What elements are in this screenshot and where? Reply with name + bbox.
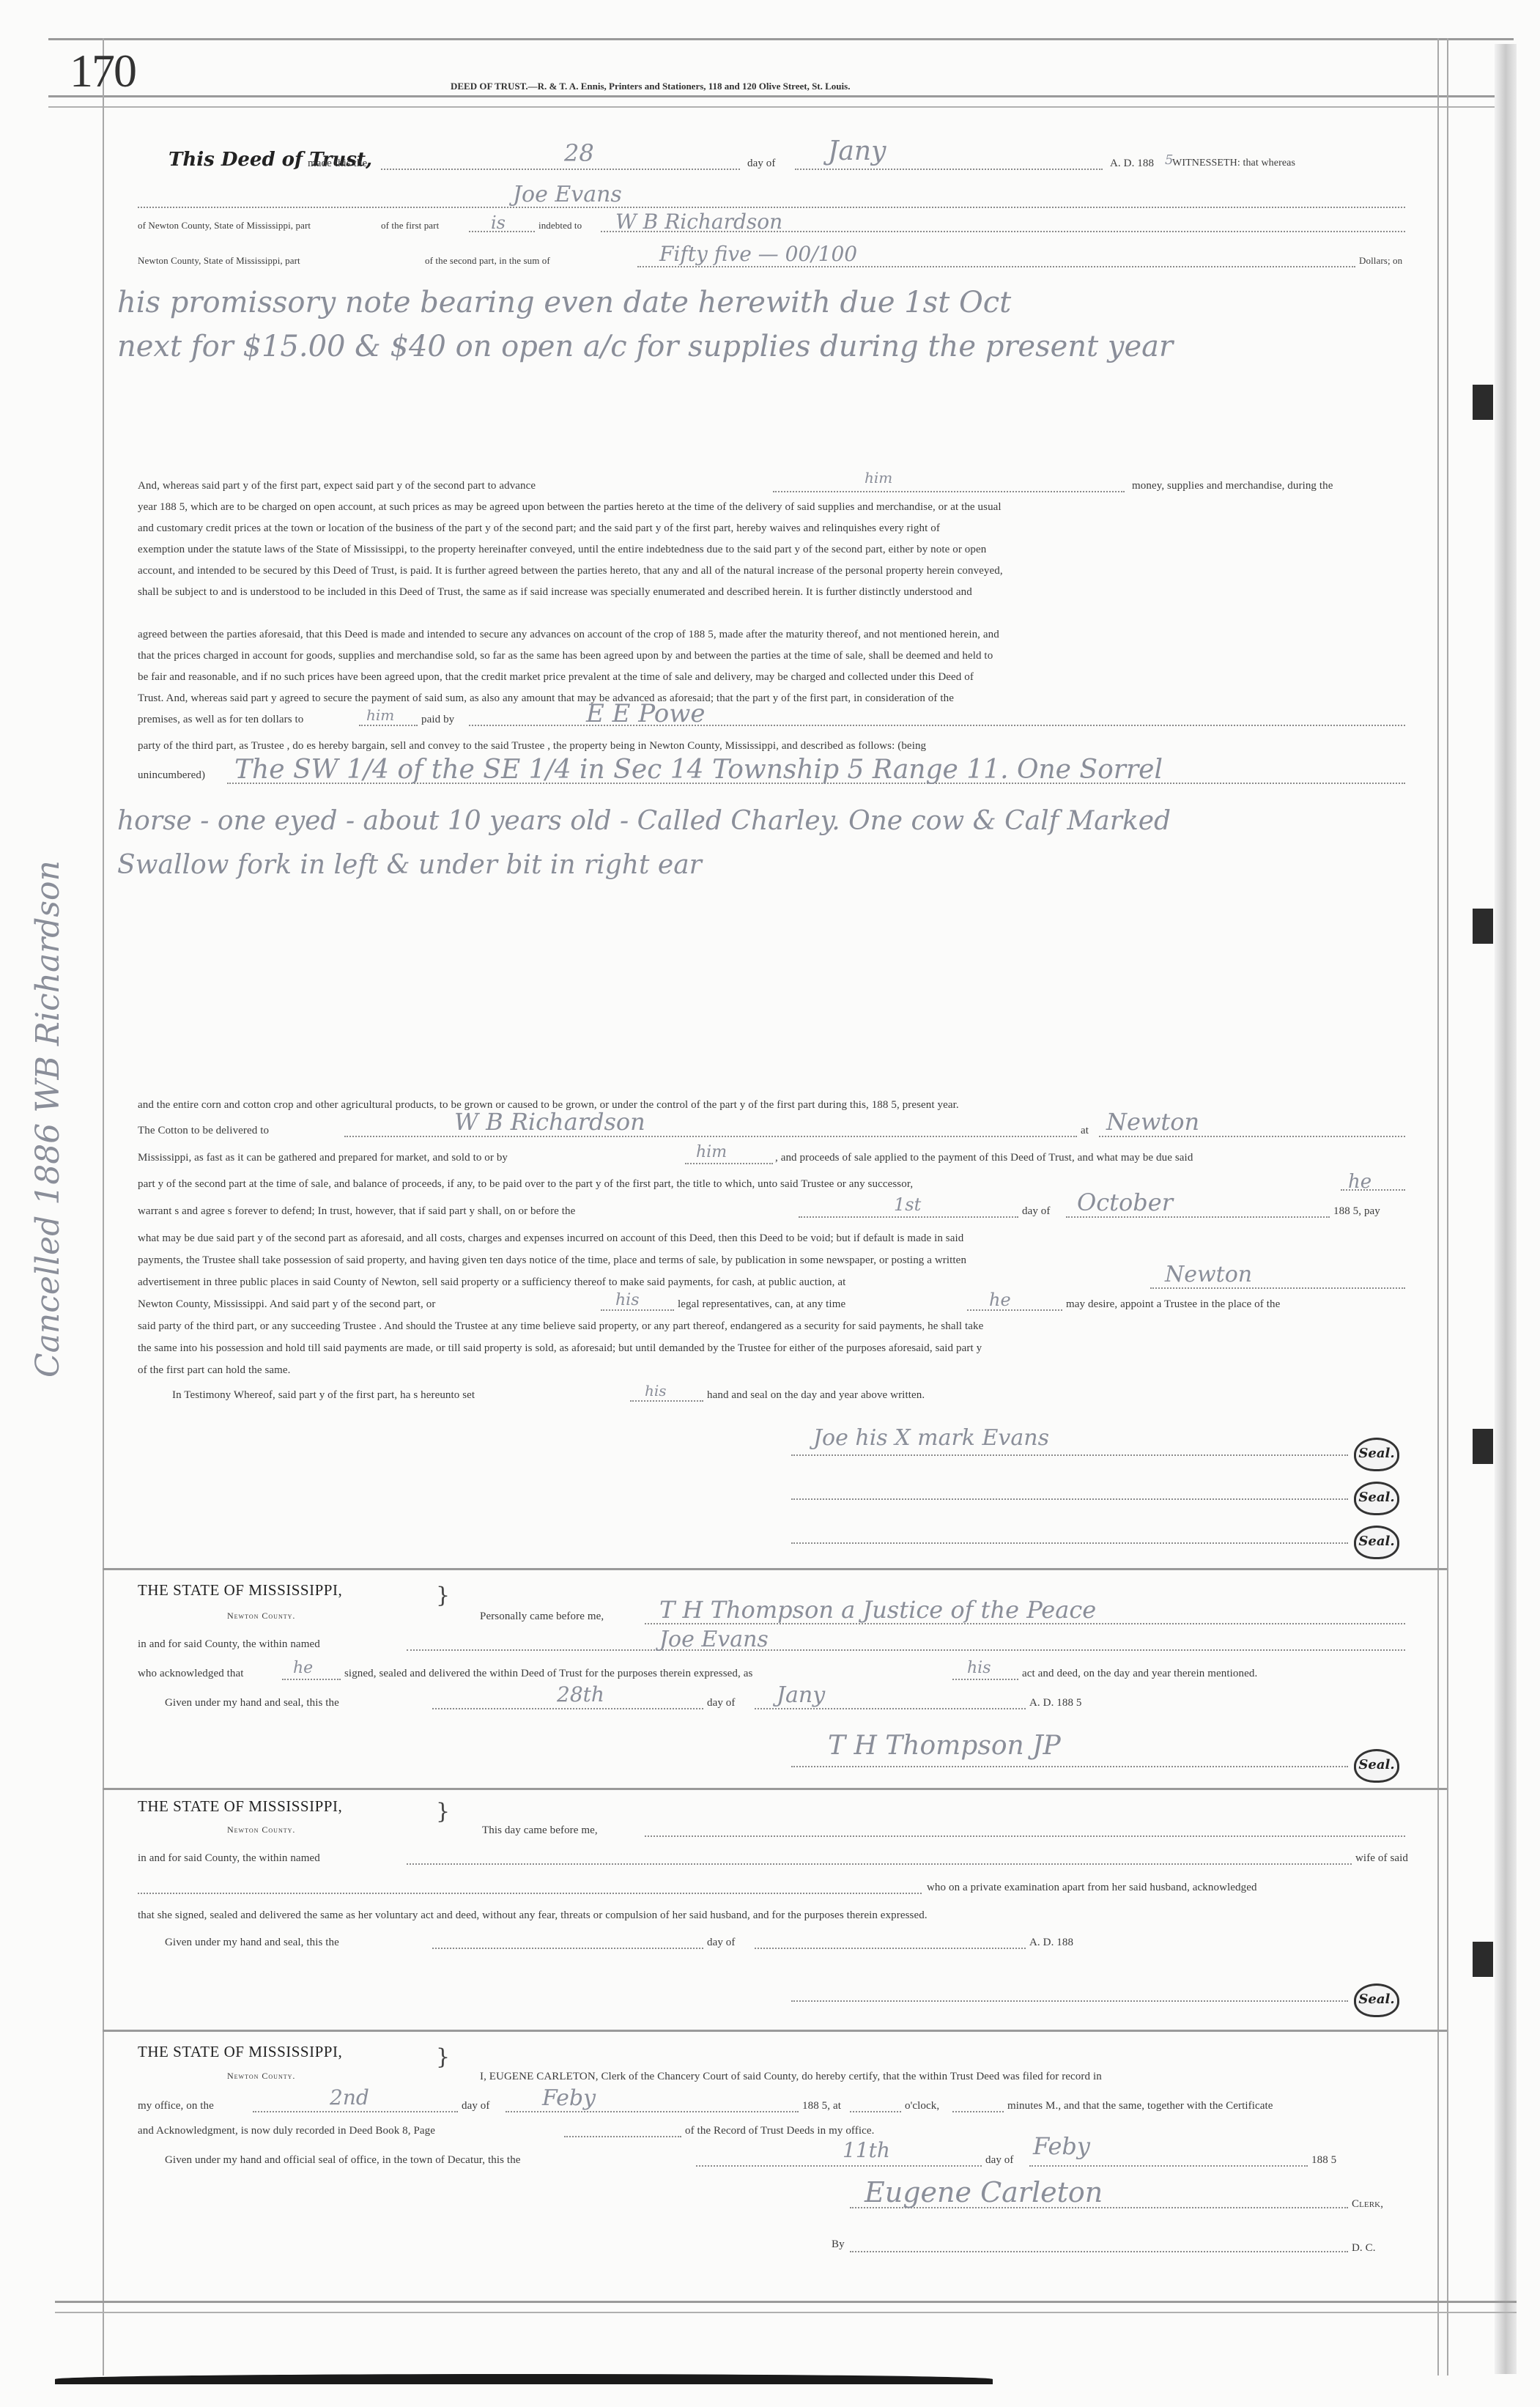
due-month-value: October xyxy=(1077,1188,1173,1216)
top-border-line xyxy=(48,38,1514,40)
day-blank xyxy=(381,169,740,170)
advance-line-3: exemption under the statute laws of the … xyxy=(138,544,986,556)
filed-month-value: Feby xyxy=(542,2085,596,2111)
ack-given-month-blank xyxy=(755,1708,1026,1709)
representatives-value: his xyxy=(615,1291,640,1309)
dollars-on-label: Dollars; on xyxy=(1359,255,1402,267)
month-value: Jany xyxy=(828,136,886,166)
wife-given-month-blank xyxy=(755,1948,1026,1949)
binder-tab-2 xyxy=(1473,909,1493,944)
auction-place-blank xyxy=(1150,1287,1405,1289)
filed-day-of: day of xyxy=(462,2100,490,2112)
wife-given-label: Given under my hand and seal, this the xyxy=(165,1937,339,1949)
wife-given-day-of: day of xyxy=(707,1937,736,1949)
crop-line-8: advertisement in three public places in … xyxy=(138,1276,845,1289)
filed-day-blank xyxy=(253,2111,458,2112)
page-blank xyxy=(564,2136,681,2137)
named-blank xyxy=(407,1649,1405,1651)
advance-line-0b: money, supplies and merchandise, during … xyxy=(1132,480,1333,492)
debt-description-line-2: next for $15.00 & $40 on open a/c for su… xyxy=(117,330,1173,363)
crop-line-3: , and proceeds of sale applied to the pa… xyxy=(775,1152,1193,1164)
clerk-given-day-value: 11th xyxy=(843,2138,890,2162)
clerk-county: Newton County. xyxy=(227,2071,295,2082)
clerk-given-day-of: day of xyxy=(985,2154,1014,2167)
seal-icon-5: Seal. xyxy=(1354,1983,1399,2017)
trustee-name: E E Powe xyxy=(586,699,705,728)
witnesseth-label: WITNESSETH: that whereas xyxy=(1172,158,1295,169)
named-value: Joe Evans xyxy=(659,1627,769,1652)
justice-signature-line xyxy=(791,1766,1348,1767)
delivered-at-blank xyxy=(1099,1136,1405,1137)
property-line-2: horse - one eyed - about 10 years old - … xyxy=(117,806,1171,836)
oclock-blank xyxy=(850,2111,901,2112)
crop-line-11: may desire, appoint a Trustee in the pla… xyxy=(1066,1298,1280,1311)
who-ack-b: signed, sealed and delivered the within … xyxy=(344,1668,752,1680)
binding-shadow xyxy=(1495,44,1517,2374)
page-number: 170 xyxy=(70,44,136,98)
delivered-to-value: W B Richardson xyxy=(454,1108,645,1136)
debt-description-line-1: his promissory note bearing even date he… xyxy=(117,286,1011,319)
paid-by-label: paid by xyxy=(421,714,454,726)
ack-given-day-of: day of xyxy=(707,1697,736,1709)
is-value: is xyxy=(491,212,506,233)
seal-icon-3: Seal. xyxy=(1354,1526,1399,1559)
county-line-1-b: of the first part xyxy=(381,220,439,232)
any-time-blank xyxy=(967,1309,1062,1311)
ack-given-month-value: Jany xyxy=(777,1682,825,1708)
advance-line-0: And, whereas said part y of the first pa… xyxy=(138,480,536,492)
who-ack-a: who acknowledged that xyxy=(138,1668,244,1680)
made-this-label: made this the xyxy=(308,158,367,170)
advance-value: him xyxy=(865,469,892,487)
advance-line-1: year 188 5, which are to be charged on o… xyxy=(138,501,1405,514)
clerk-given-month-blank xyxy=(1029,2165,1308,2167)
delivered-to-blank xyxy=(344,1136,1077,1137)
due-year-label: 188 5, pay xyxy=(1333,1205,1380,1218)
minutes-text: minutes M., and that the same, together … xyxy=(1007,2100,1273,2112)
wife-given-year: A. D. 188 xyxy=(1029,1937,1073,1949)
wife-county: Newton County. xyxy=(227,1824,295,1835)
personally-came-label: Personally came before me, xyxy=(480,1611,604,1623)
filed-month-blank xyxy=(506,2111,799,2112)
sold-by-value: him xyxy=(696,1143,727,1161)
binder-tab-4 xyxy=(1473,1942,1493,1977)
signature-line-2 xyxy=(791,1498,1348,1500)
clerk-state-title: THE STATE OF MISSISSIPPI, xyxy=(138,2043,342,2061)
crop-line-5: warrant s and agree s forever to defend;… xyxy=(138,1205,575,1218)
advance-line-5: shall be subject to and is understood to… xyxy=(138,586,972,599)
right-margin-rule-1 xyxy=(1437,38,1439,2375)
day-value: 28 xyxy=(564,139,594,167)
county-line-1-a: of Newton County, State of Mississippi, … xyxy=(138,220,311,232)
sum-blank xyxy=(637,266,1355,267)
sold-by-blank xyxy=(685,1163,773,1164)
clerk-given-text: Given under my hand and official seal of… xyxy=(165,2154,521,2167)
binder-tab-1 xyxy=(1473,385,1493,420)
crop-line-10: legal representatives, can, at any time xyxy=(678,1298,845,1311)
county-line-2-b: of the second part, in the sum of xyxy=(425,255,550,267)
premises-to-blank xyxy=(359,725,418,726)
binder-tab-3 xyxy=(1473,1429,1493,1464)
wife-brace: } xyxy=(436,1799,450,1824)
at-label: at xyxy=(1081,1125,1089,1137)
representatives-blank xyxy=(601,1309,674,1311)
month-blank xyxy=(795,169,1103,170)
filed-day-value: 2nd xyxy=(330,2085,369,2110)
ack-given-day-value: 28th xyxy=(557,1682,604,1707)
crop-line-4: part y of the second part at the time of… xyxy=(138,1178,913,1191)
section-divider-1 xyxy=(103,1568,1447,1570)
advance-line-4: account, and intended to be secured by t… xyxy=(138,565,1003,577)
sum-value: Fifty five — 00/100 xyxy=(659,242,857,266)
property-line-3: Swallow fork in left & under bit in righ… xyxy=(117,850,702,880)
bottom-scan-shadow xyxy=(55,2374,993,2384)
right-margin-rule-2 xyxy=(1447,38,1448,2375)
ack-state-title: THE STATE OF MISSISSIPPI, xyxy=(138,1581,342,1600)
wife-named-blank xyxy=(407,1863,1352,1865)
crop-line-13: the same into his possession and hold ti… xyxy=(138,1342,982,1355)
my-office-label: my office, on the xyxy=(138,2100,214,2112)
ack-given-label: Given under my hand and seal, this the xyxy=(165,1697,339,1709)
certify-text: I, EUGENE CARLETON, Clerk of the Chancer… xyxy=(480,2071,1102,2083)
wife-of-label: wife of said xyxy=(1355,1852,1408,1865)
crop-line-12: said party of the third part, or any suc… xyxy=(138,1320,983,1333)
filed-year: 188 5, at xyxy=(802,2100,841,2112)
testimony-value: his xyxy=(645,1382,667,1400)
property-line-1: The SW 1/4 of the SE 1/4 in Sec 14 Towns… xyxy=(234,755,1163,785)
private-exam-text: who on a private examination apart from … xyxy=(927,1882,1257,1894)
clerk-given-year: 188 5 xyxy=(1311,2154,1336,2167)
wife-in-and-for: in and for said County, the within named xyxy=(138,1852,320,1865)
clerk-given-day-blank xyxy=(696,2165,982,2167)
grantor-blank xyxy=(138,207,1405,208)
this-day-label: This day came before me, xyxy=(482,1824,598,1837)
signature-line-3 xyxy=(791,1542,1348,1544)
delivered-at-value: Newton xyxy=(1106,1108,1199,1136)
husband-blank xyxy=(138,1893,922,1894)
minutes-blank xyxy=(952,2111,1004,2112)
oclock-label: o'clock, xyxy=(905,2100,939,2112)
crop-line-6: what may be due said part y of the secon… xyxy=(138,1232,963,1245)
wife-state-title: THE STATE OF MISSISSIPPI, xyxy=(138,1797,342,1816)
creditor-name: W B Richardson xyxy=(615,210,782,234)
seal-icon-2: Seal. xyxy=(1354,1482,1399,1515)
wife-given-day-blank xyxy=(432,1948,703,1949)
crop-line-2: Mississippi, as fast as it can be gather… xyxy=(138,1152,508,1164)
clerk-brace: } xyxy=(436,2044,450,2070)
section-divider-2 xyxy=(103,1788,1447,1790)
who-ack-c: act and deed, on the day and year therei… xyxy=(1022,1668,1257,1680)
crop-line-14: of the first part can hold the same. xyxy=(138,1364,291,1377)
ad-year-label: A. D. 188 xyxy=(1110,158,1154,170)
advance-line-9: Trust. And, whereas said part y agreed t… xyxy=(138,692,954,705)
bottom-rule-1 xyxy=(55,2301,1517,2303)
testimony-blank xyxy=(630,1400,703,1402)
ack-brace: } xyxy=(436,1583,450,1608)
she-signed-text: that she signed, sealed and delivered th… xyxy=(138,1909,928,1922)
act-value: his xyxy=(967,1659,991,1677)
section-divider-3 xyxy=(103,2030,1447,2032)
left-margin-rule xyxy=(103,38,104,2375)
crop-line-7: payments, the Trustee shall take possess… xyxy=(138,1254,966,1267)
due-day-of-label: day of xyxy=(1022,1205,1051,1218)
seal-icon-1: Seal. xyxy=(1354,1438,1399,1471)
grantor-signature: Joe his X mark Evans xyxy=(813,1425,1049,1451)
due-day-value: 1st xyxy=(894,1194,921,1215)
premises-label: premises, as well as for ten dollars to xyxy=(138,714,303,726)
in-and-for-label: in and for said County, the within named xyxy=(138,1638,320,1651)
deputy-signature-line xyxy=(850,2251,1348,2252)
ack-county: Newton County. xyxy=(227,1611,295,1622)
seal-icon-4: Seal. xyxy=(1354,1749,1399,1783)
margin-cancellation-note: Cancelled 1886 WB Richardson xyxy=(29,718,73,1378)
act-blank xyxy=(952,1679,1018,1680)
justice-signature: T H Thompson JP xyxy=(828,1731,1061,1761)
wife-signature-line xyxy=(791,2000,1348,2002)
crop-line-9: Newton County, Mississippi. And said par… xyxy=(138,1298,435,1311)
any-time-value: he xyxy=(989,1290,1011,1310)
advance-blank xyxy=(773,491,1125,492)
dc-label: D. C. xyxy=(1352,2242,1376,2255)
advance-line-7: that the prices charged in account for g… xyxy=(138,650,993,662)
testimony-text-b: hand and seal on the day and year above … xyxy=(707,1389,925,1402)
grantor-signature-line xyxy=(791,1454,1348,1456)
this-day-blank xyxy=(645,1835,1405,1837)
unincumbered-label: unincumbered) xyxy=(138,769,205,782)
testimony-text-a: In Testimony Whereof, said part y of the… xyxy=(172,1389,475,1402)
who-ack-value: he xyxy=(293,1659,313,1677)
indebted-to-label: indebted to xyxy=(538,220,582,232)
due-day-blank xyxy=(799,1216,1018,1218)
bottom-rule-2 xyxy=(55,2312,1517,2313)
by-label: By xyxy=(832,2238,845,2251)
county-line-2-a: Newton County, State of Mississippi, par… xyxy=(138,255,300,267)
third-part-line: party of the third part, as Trustee , do… xyxy=(138,740,926,753)
advance-line-6: agreed between the parties aforesaid, th… xyxy=(138,629,999,641)
header-rule-2 xyxy=(48,106,1514,108)
auction-place-value: Newton xyxy=(1165,1262,1252,1287)
warrant-value: he xyxy=(1348,1171,1371,1193)
cotton-delivered-label: The Cotton to be delivered to xyxy=(138,1125,269,1137)
recorded-text-a: and Acknowledgment, is now duly recorded… xyxy=(138,2125,435,2137)
advance-line-2: and customary credit prices at the town … xyxy=(138,522,940,535)
header-rule-1 xyxy=(48,95,1514,97)
advance-line-8: be fair and reasonable, and if no such p… xyxy=(138,671,974,684)
ack-given-year: A. D. 188 5 xyxy=(1029,1697,1082,1709)
premises-to-value: him xyxy=(366,706,394,724)
clerk-signature: Eugene Carleton xyxy=(865,2176,1103,2208)
day-of-label: day of xyxy=(747,158,776,170)
officer-value: T H Thompson a Justice of the Peace xyxy=(659,1596,1096,1624)
recorded-text-b: of the Record of Trust Deeds in my offic… xyxy=(685,2125,874,2137)
due-month-blank xyxy=(1066,1216,1330,1218)
clerk-label: Clerk, xyxy=(1352,2198,1383,2211)
grantor-name: Joe Evans xyxy=(513,182,622,207)
form-printer-header: DEED OF TRUST.—R. & T. A. Ennis, Printer… xyxy=(451,81,850,92)
ack-given-day-blank xyxy=(432,1708,703,1709)
who-ack-blank xyxy=(282,1679,341,1680)
clerk-given-month-value: Feby xyxy=(1033,2132,1090,2160)
